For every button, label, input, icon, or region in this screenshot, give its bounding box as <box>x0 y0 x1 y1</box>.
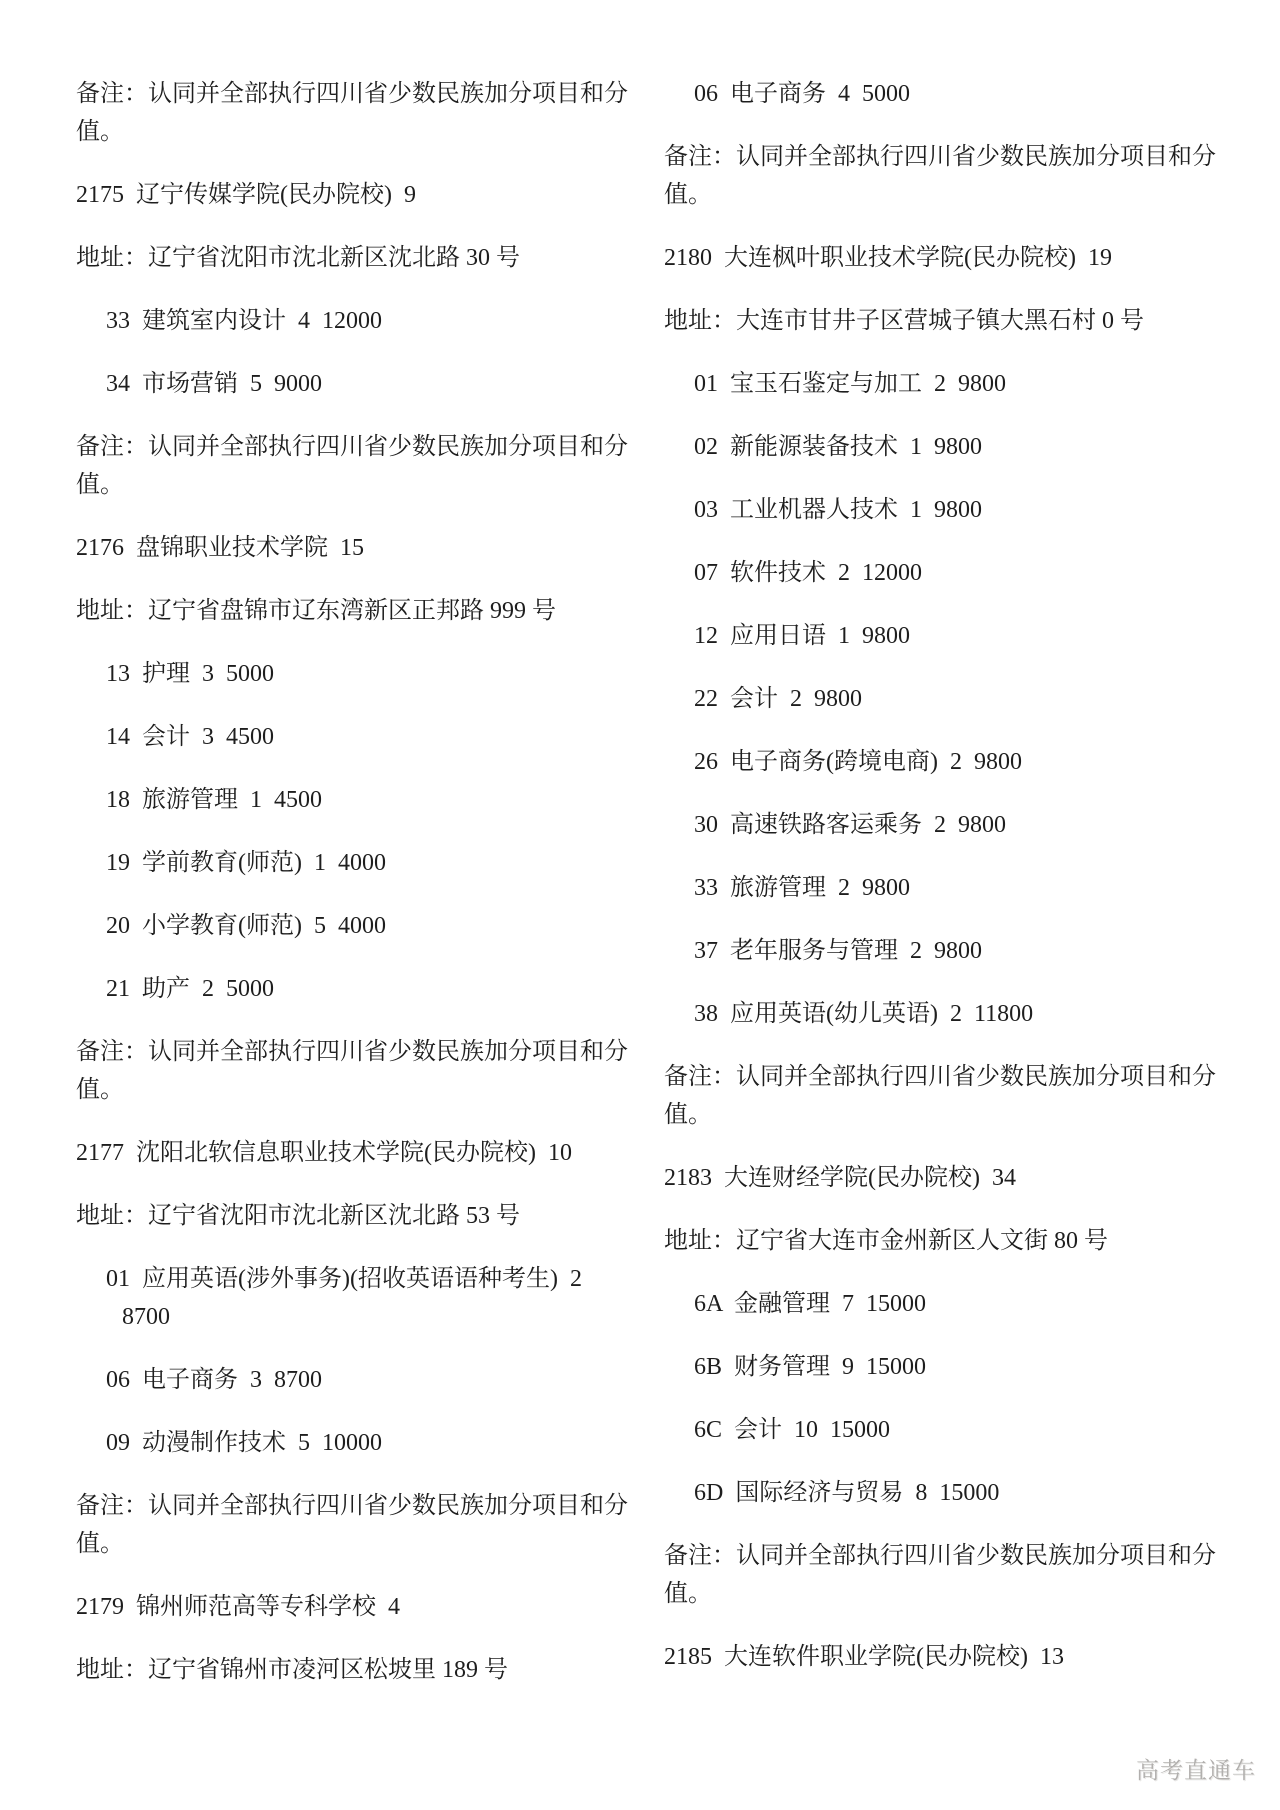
remark-line-continuation: 值。 <box>76 1525 666 1563</box>
school-heading-line: 2180 大连枫叶职业技术学院(民办院校) 19 <box>664 239 1254 277</box>
address-line: 地址：辽宁省沈阳市沈北新区沈北路 53 号 <box>76 1197 666 1235</box>
major-line: 26 电子商务(跨境电商) 2 9800 <box>664 743 1254 781</box>
address-line: 地址：辽宁省锦州市凌河区松坡里 189 号 <box>76 1651 666 1689</box>
major-line: 06 电子商务 4 5000 <box>664 75 1254 113</box>
remark-line: 备注：认同并全部执行四川省少数民族加分项目和分 <box>76 428 666 466</box>
admissions-document-page: 备注：认同并全部执行四川省少数民族加分项目和分值。2175 辽宁传媒学院(民办院… <box>0 0 1280 1810</box>
remark-line: 备注：认同并全部执行四川省少数民族加分项目和分 <box>664 138 1254 176</box>
major-line: 22 会计 2 9800 <box>664 680 1254 718</box>
remark-line: 备注：认同并全部执行四川省少数民族加分项目和分 <box>76 75 666 113</box>
remark-line-continuation: 值。 <box>664 1575 1254 1613</box>
major-line: 33 旅游管理 2 9800 <box>664 869 1254 907</box>
address-line: 地址：大连市甘井子区营城子镇大黑石村 0 号 <box>664 302 1254 340</box>
remark-line: 备注：认同并全部执行四川省少数民族加分项目和分 <box>76 1033 666 1071</box>
school-heading-line: 2177 沈阳北软信息职业技术学院(民办院校) 10 <box>76 1134 666 1172</box>
major-line: 02 新能源装备技术 1 9800 <box>664 428 1254 466</box>
address-line: 地址：辽宁省沈阳市沈北新区沈北路 30 号 <box>76 239 666 277</box>
left-text-column: 备注：认同并全部执行四川省少数民族加分项目和分值。2175 辽宁传媒学院(民办院… <box>76 75 666 1689</box>
major-line: 37 老年服务与管理 2 9800 <box>664 932 1254 970</box>
remark-line-continuation: 值。 <box>76 1071 666 1109</box>
major-line: 07 软件技术 2 12000 <box>664 554 1254 592</box>
major-line: 6B 财务管理 9 15000 <box>664 1348 1254 1386</box>
school-heading-line: 2183 大连财经学院(民办院校) 34 <box>664 1159 1254 1197</box>
major-line: 6A 金融管理 7 15000 <box>664 1285 1254 1323</box>
major-line: 34 市场营销 5 9000 <box>76 365 666 403</box>
major-line: 30 高速铁路客运乘务 2 9800 <box>664 806 1254 844</box>
remark-line-continuation: 值。 <box>76 113 666 151</box>
major-line: 18 旅游管理 1 4500 <box>76 781 666 819</box>
major-line: 12 应用日语 1 9800 <box>664 617 1254 655</box>
watermark-text: 高考直通车 <box>1136 1752 1256 1785</box>
major-line: 01 应用英语(涉外事务)(招收英语语种考生) 2 <box>76 1260 666 1298</box>
right-text-column: 06 电子商务 4 5000备注：认同并全部执行四川省少数民族加分项目和分值。2… <box>664 75 1254 1676</box>
remark-line-continuation: 值。 <box>664 1096 1254 1134</box>
remark-line: 备注：认同并全部执行四川省少数民族加分项目和分 <box>664 1537 1254 1575</box>
major-line: 6D 国际经济与贸易 8 15000 <box>664 1474 1254 1512</box>
remark-line-continuation: 值。 <box>664 176 1254 214</box>
school-heading-line: 2179 锦州师范高等专科学校 4 <box>76 1588 666 1626</box>
address-line: 地址：辽宁省盘锦市辽东湾新区正邦路 999 号 <box>76 592 666 630</box>
major-line: 06 电子商务 3 8700 <box>76 1361 666 1399</box>
major-line: 13 护理 3 5000 <box>76 655 666 693</box>
remark-line: 备注：认同并全部执行四川省少数民族加分项目和分 <box>664 1058 1254 1096</box>
address-line: 地址：辽宁省大连市金州新区人文街 80 号 <box>664 1222 1254 1260</box>
major-line: 09 动漫制作技术 5 10000 <box>76 1424 666 1462</box>
school-heading-line: 2176 盘锦职业技术学院 15 <box>76 529 666 567</box>
major-line: 03 工业机器人技术 1 9800 <box>664 491 1254 529</box>
major-line: 19 学前教育(师范) 1 4000 <box>76 844 666 882</box>
major-line: 14 会计 3 4500 <box>76 718 666 756</box>
major-line: 33 建筑室内设计 4 12000 <box>76 302 666 340</box>
major-line: 01 宝玉石鉴定与加工 2 9800 <box>664 365 1254 403</box>
major-line: 6C 会计 10 15000 <box>664 1411 1254 1449</box>
school-heading-line: 2185 大连软件职业学院(民办院校) 13 <box>664 1638 1254 1676</box>
remark-line: 备注：认同并全部执行四川省少数民族加分项目和分 <box>76 1487 666 1525</box>
major-line: 20 小学教育(师范) 5 4000 <box>76 907 666 945</box>
major-line-continuation: 8700 <box>76 1298 666 1336</box>
major-line: 38 应用英语(幼儿英语) 2 11800 <box>664 995 1254 1033</box>
major-line: 21 助产 2 5000 <box>76 970 666 1008</box>
remark-line-continuation: 值。 <box>76 466 666 504</box>
school-heading-line: 2175 辽宁传媒学院(民办院校) 9 <box>76 176 666 214</box>
